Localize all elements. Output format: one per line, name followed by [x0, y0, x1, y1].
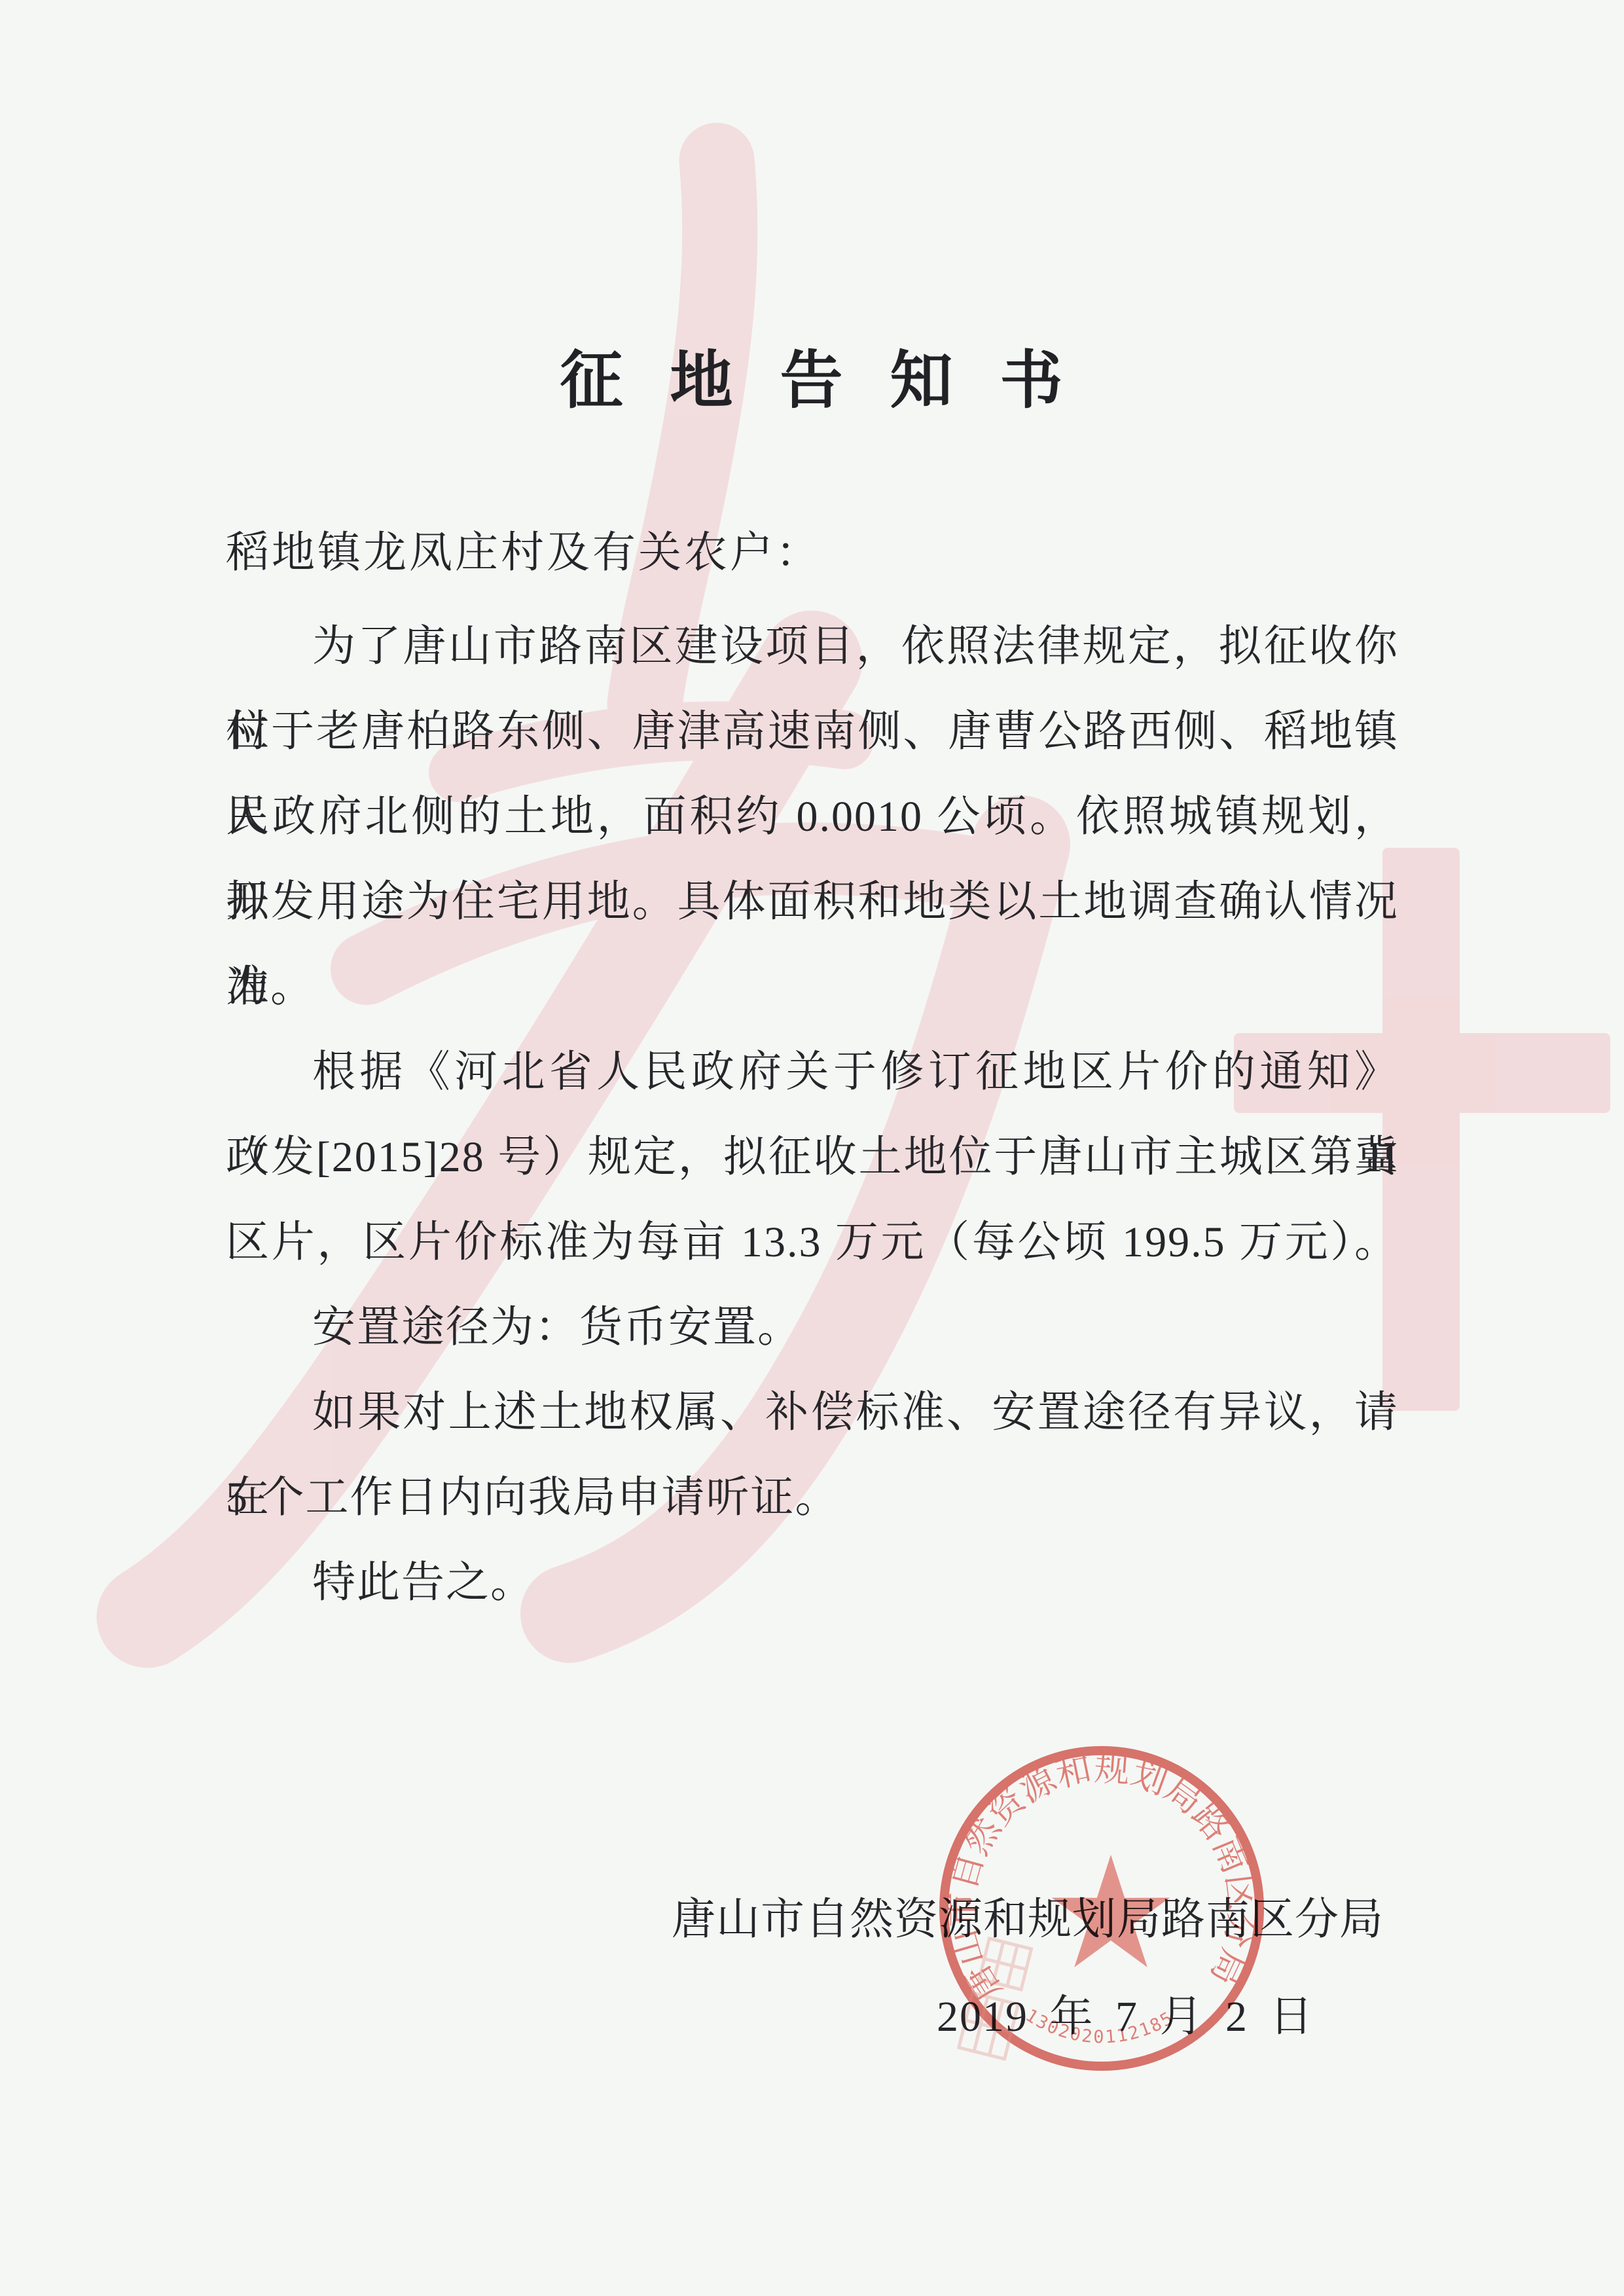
issuing-agency-line: 唐山市自然资源和规划局路南区分局 — [672, 1884, 1384, 1947]
body-line: 特此告之。 — [226, 1540, 1399, 1626]
body-line: 5 个工作日内向我局申请听证。 — [226, 1455, 1399, 1540]
body-line: 根据《河北省人民政府关于修订征地区片价的通知》（冀 — [226, 1030, 1399, 1115]
body-line: 开发用途为住宅用地。具体面积和地类以土地调查确认情况为 — [226, 860, 1399, 945]
salutation-line: 稻地镇龙凤庄村及有关农户： — [226, 517, 821, 579]
body-line: 民政府北侧的土地，面积约 0.0010 公顷。依照城镇规划，拟 — [226, 774, 1399, 860]
body-line: 如果对上述土地权属、补偿标准、安置途径有异议，请在 — [226, 1370, 1399, 1455]
scanned-notice-page: 征 地 告 知 书 稻地镇龙凤庄村及有关农户： 为了唐山市路南区建设项目，依照法… — [0, 0, 1624, 2296]
seal-ring-text: 唐山市自然资源和规划局路南区分局 — [943, 1749, 1262, 2008]
body-line: 为了唐山市路南区建设项目，依照法律规定，拟征收你村 — [226, 604, 1399, 689]
body-line: 准。 — [226, 945, 1399, 1030]
body-line: 政发[2015]28 号）规定，拟征收土地位于唐山市主城区第 II — [226, 1115, 1399, 1200]
body-line: 安置途径为：货币安置。 — [226, 1285, 1399, 1370]
page-title: 征 地 告 知 书 — [0, 331, 1624, 420]
issue-date-line: 2019 年 7 月 2 日 — [937, 1981, 1314, 2043]
body-text: 为了唐山市路南区建设项目，依照法律规定，拟征收你村位于老唐柏路东侧、唐津高速南侧… — [226, 604, 1399, 1626]
body-line: 区片，区片价标准为每亩 13.3 万元（每公顷 199.5 万元）。 — [226, 1200, 1399, 1285]
body-line: 位于老唐柏路东侧、唐津高速南侧、唐曹公路西侧、稻地镇人 — [226, 689, 1399, 774]
